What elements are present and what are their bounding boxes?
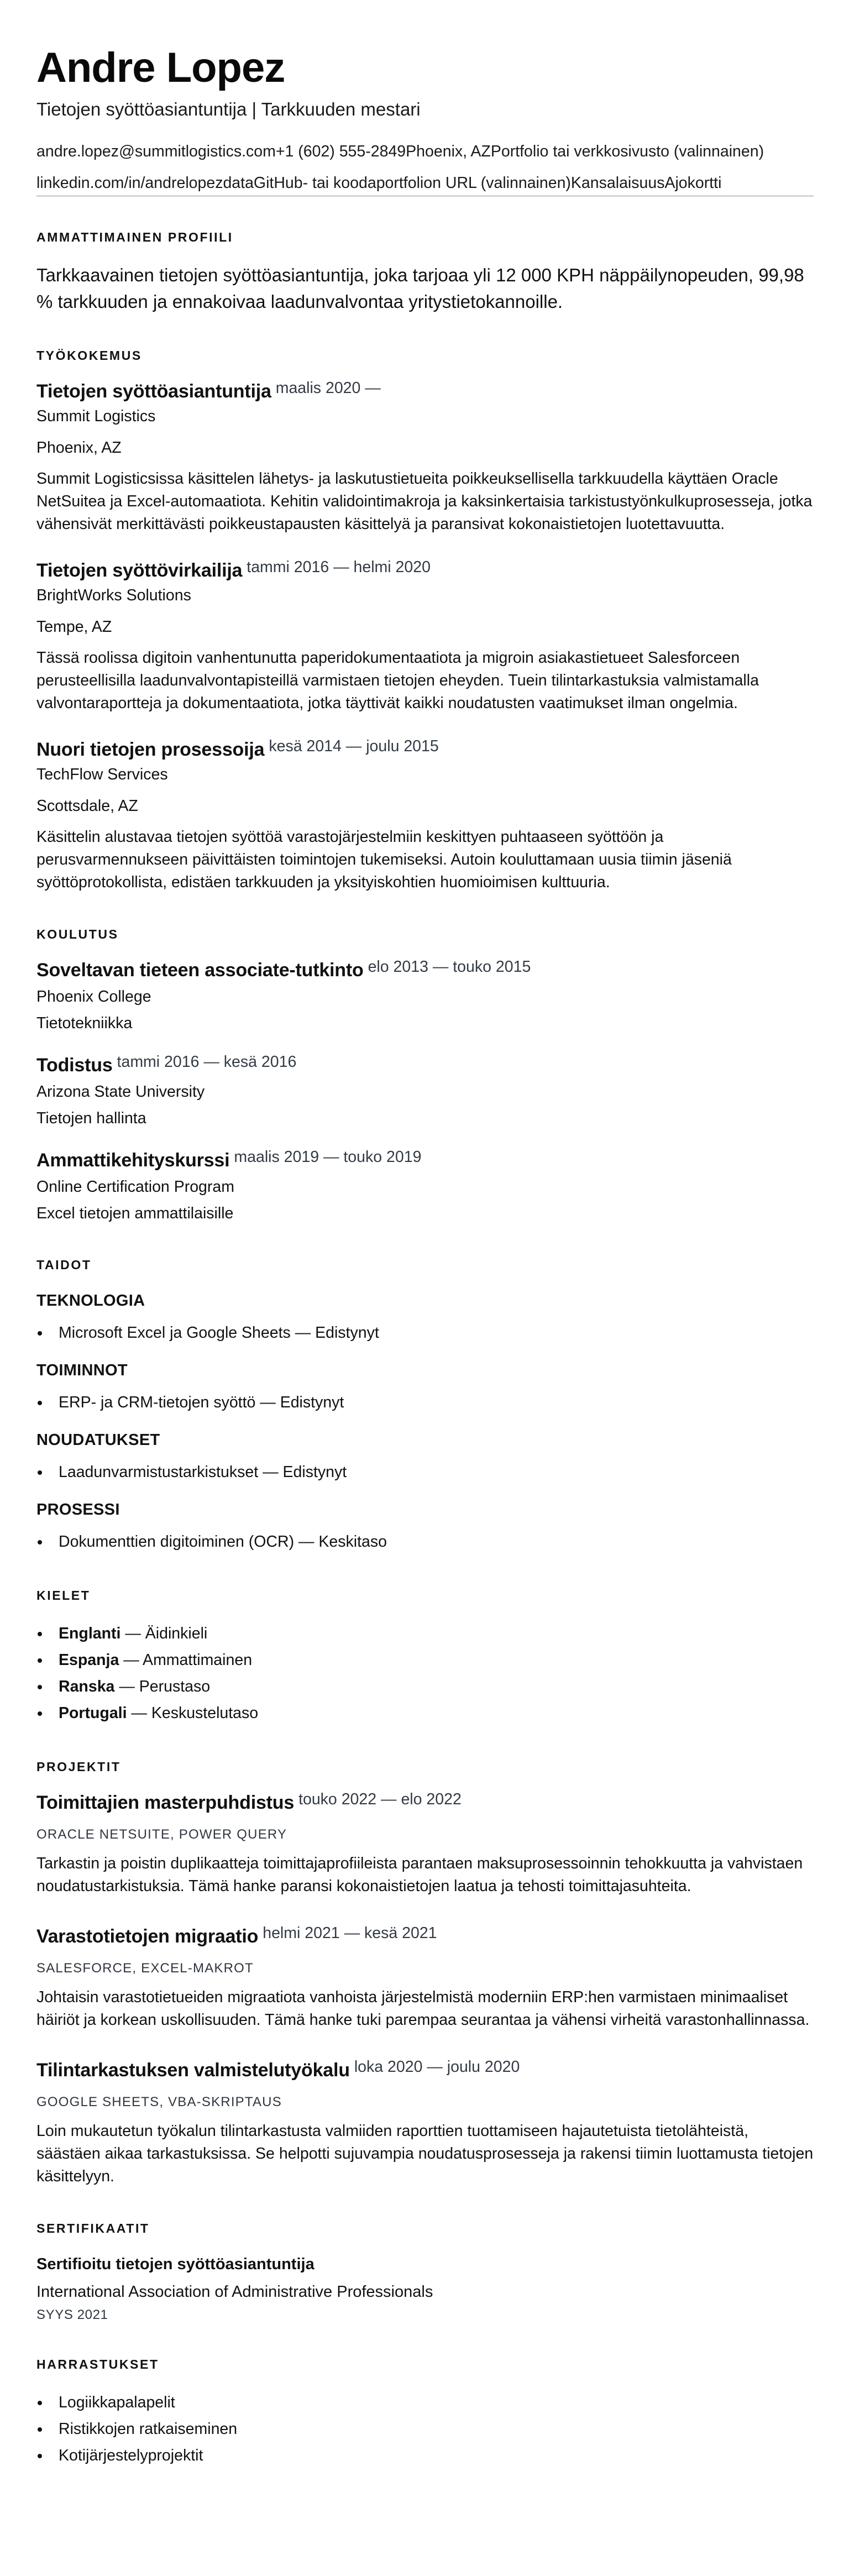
- degree-title: Todistus: [36, 1054, 113, 1076]
- contact-row-secondary: linkedin.com/in/andrelopezdataGitHub- ta…: [36, 172, 814, 194]
- skill-item: Microsoft Excel ja Google Sheets — Edist…: [36, 1320, 814, 1346]
- skill-group-title: NOUDATUKSET: [36, 1429, 814, 1451]
- project-technologies: Oracle NetSuite, Power Query: [36, 1826, 814, 1844]
- skill-group-title: TEKNOLOGIA: [36, 1290, 814, 1312]
- project-description: Tarkastin ja poistin duplikaatteja toimi…: [36, 1852, 814, 1898]
- projects-list: Toimittajien masterpuhdistustouko 2022 —…: [36, 1792, 814, 2188]
- contact-portfolio[interactable]: Portfolio tai verkkosivusto (valinnainen…: [491, 143, 764, 160]
- project-entry-header: Toimittajien masterpuhdistustouko 2022 —…: [36, 1792, 814, 1814]
- language-name: Englanti: [59, 1625, 120, 1642]
- skill-group: TEKNOLOGIAMicrosoft Excel ja Google Shee…: [36, 1290, 814, 1346]
- section-heading-languages: Kielet: [36, 1587, 814, 1604]
- contact-location: Phoenix, AZ: [406, 143, 491, 160]
- project-title: Toimittajien masterpuhdistus: [36, 1792, 294, 1814]
- project-technologies: Salesforce, Excel-makrot: [36, 1960, 814, 1977]
- language-level: — Ammattimainen: [119, 1651, 252, 1669]
- degree-title: Soveltavan tieteen associate-tutkinto: [36, 959, 364, 981]
- skill-group: PROSESSIDokumenttien digitoiminen (OCR) …: [36, 1499, 814, 1555]
- job-dates: maalis 2020 —: [276, 377, 381, 399]
- section-profile: Ammattimainen profiili Tarkkaavainen tie…: [36, 229, 814, 315]
- skill-list: Laadunvarmistustarkistukset — Edistynyt: [36, 1459, 814, 1485]
- language-name: Espanja: [59, 1651, 119, 1669]
- education-entry-header: Todistustammi 2016 — kesä 2016: [36, 1054, 814, 1076]
- contact-github[interactable]: GitHub- tai koodaportfolion URL (valinna…: [254, 174, 571, 192]
- contact-row-primary: andre.lopez@summitlogistics.com+1 (602) …: [36, 140, 814, 163]
- experience-entry-header: Tietojen syöttövirkailijatammi 2016 — he…: [36, 559, 814, 582]
- section-heading-experience: Työkokemus: [36, 347, 814, 364]
- job-dates: tammi 2016 — helmi 2020: [247, 556, 431, 578]
- resume-header: Andre Lopez Tietojen syöttöasiantuntija …: [36, 43, 814, 197]
- section-projects: Projektit Toimittajien masterpuhdistusto…: [36, 1758, 814, 2188]
- skill-group: NOUDATUKSETLaadunvarmistustarkistukset —…: [36, 1429, 814, 1485]
- job-description: Tässä roolissa digitoin vanhentunutta pa…: [36, 647, 814, 715]
- contact-email[interactable]: andre.lopez@summitlogistics.com: [36, 143, 276, 160]
- project-entry-header: Tilintarkastuksen valmistelutyökaluloka …: [36, 2059, 814, 2081]
- languages-list: Englanti — ÄidinkieliEspanja — Ammattima…: [36, 1620, 814, 1726]
- job-title: Tietojen syöttövirkailija: [36, 559, 242, 582]
- experience-entry-header: Tietojen syöttöasiantuntijamaalis 2020 —: [36, 380, 814, 402]
- experience-entry: Tietojen syöttövirkailijatammi 2016 — he…: [36, 559, 814, 715]
- section-heading-projects: Projektit: [36, 1758, 814, 1775]
- project-description: Loin mukautetun työkalun tilintarkastust…: [36, 2120, 814, 2188]
- project-entry: Varastotietojen migraatiohelmi 2021 — ke…: [36, 1925, 814, 2032]
- project-title: Tilintarkastuksen valmistelutyökalu: [36, 2059, 350, 2081]
- certification-issuer: International Association of Administrat…: [36, 2281, 814, 2303]
- company-name: Summit Logistics: [36, 405, 814, 427]
- language-name: Portugali: [59, 1704, 127, 1722]
- profile-summary: Tarkkaavainen tietojen syöttöasiantuntij…: [36, 262, 814, 315]
- language-item: Espanja — Ammattimainen: [36, 1647, 814, 1673]
- school-name: Arizona State University: [36, 1081, 814, 1103]
- section-education: Koulutus Soveltavan tieteen associate-tu…: [36, 926, 814, 1224]
- language-item: Ranska — Perustaso: [36, 1673, 814, 1700]
- education-entry-header: Ammattikehityskurssimaalis 2019 — touko …: [36, 1149, 814, 1171]
- project-dates: loka 2020 — joulu 2020: [354, 2056, 520, 2078]
- contact-phone[interactable]: +1 (602) 555-2849: [276, 143, 406, 160]
- education-list: Soveltavan tieteen associate-tutkintoelo…: [36, 959, 814, 1224]
- skill-list: Dokumenttien digitoiminen (OCR) — Keskit…: [36, 1528, 814, 1555]
- project-description: Johtaisin varastotietueiden migraatiota …: [36, 1986, 814, 2032]
- company-name: TechFlow Services: [36, 763, 814, 786]
- education-dates: tammi 2016 — kesä 2016: [117, 1051, 297, 1073]
- interest-item: Ristikkojen ratkaiseminen: [36, 2416, 814, 2442]
- section-certifications: Sertifikaatit Sertifioitu tietojen syött…: [36, 2220, 814, 2324]
- section-experience: Työkokemus Tietojen syöttöasiantuntijama…: [36, 347, 814, 894]
- skill-list: ERP- ja CRM-tietojen syöttö — Edistynyt: [36, 1389, 814, 1416]
- job-description: Käsittelin alustavaa tietojen syöttöä va…: [36, 826, 814, 894]
- language-name: Ranska: [59, 1678, 114, 1695]
- job-location: Tempe, AZ: [36, 616, 814, 638]
- project-entry-header: Varastotietojen migraatiohelmi 2021 — ke…: [36, 1925, 814, 1947]
- education-entry: Ammattikehityskurssimaalis 2019 — touko …: [36, 1149, 814, 1224]
- skill-group: TOIMINNOTERP- ja CRM-tietojen syöttö — E…: [36, 1359, 814, 1416]
- language-level: — Keskustelutaso: [127, 1704, 259, 1722]
- section-interests: Harrastukset LogiikkapalapelitRistikkoje…: [36, 2356, 814, 2469]
- project-dates: touko 2022 — elo 2022: [298, 1788, 462, 1810]
- experience-entry-header: Nuori tietojen prosessoijakesä 2014 — jo…: [36, 739, 814, 761]
- school-name: Online Certification Program: [36, 1176, 814, 1198]
- section-skills: Taidot TEKNOLOGIAMicrosoft Excel ja Goog…: [36, 1256, 814, 1555]
- education-entry-header: Soveltavan tieteen associate-tutkintoelo…: [36, 959, 814, 981]
- experience-entry: Nuori tietojen prosessoijakesä 2014 — jo…: [36, 739, 814, 894]
- language-item: Portugali — Keskustelutaso: [36, 1700, 814, 1726]
- language-level: — Perustaso: [114, 1678, 210, 1695]
- header-divider: [36, 195, 814, 197]
- skills-list: TEKNOLOGIAMicrosoft Excel ja Google Shee…: [36, 1290, 814, 1555]
- candidate-tagline: Tietojen syöttöasiantuntija | Tarkkuuden…: [36, 97, 814, 122]
- section-heading-interests: Harrastukset: [36, 2356, 814, 2373]
- experience-entry: Tietojen syöttöasiantuntijamaalis 2020 —…: [36, 380, 814, 536]
- resume-page: Andre Lopez Tietojen syöttöasiantuntija …: [0, 0, 849, 2491]
- job-title: Nuori tietojen prosessoija: [36, 739, 264, 761]
- project-entry: Toimittajien masterpuhdistustouko 2022 —…: [36, 1792, 814, 1898]
- certification-title: Sertifioitu tietojen syöttöasiantuntija: [36, 2253, 814, 2275]
- field-of-study: Tietojen hallinta: [36, 1107, 814, 1129]
- section-languages: Kielet Englanti — ÄidinkieliEspanja — Am…: [36, 1587, 814, 1726]
- contact-citizenship: Kansalaisuus: [571, 174, 665, 192]
- education-dates: elo 2013 — touko 2015: [368, 956, 531, 978]
- education-entry: Soveltavan tieteen associate-tutkintoelo…: [36, 959, 814, 1034]
- section-heading-education: Koulutus: [36, 926, 814, 943]
- project-entry: Tilintarkastuksen valmistelutyökaluloka …: [36, 2059, 814, 2188]
- job-dates: kesä 2014 — joulu 2015: [269, 735, 438, 757]
- section-heading-profile: Ammattimainen profiili: [36, 229, 814, 245]
- skill-group-title: TOIMINNOT: [36, 1359, 814, 1381]
- language-item: Englanti — Äidinkieli: [36, 1620, 814, 1647]
- certifications-list: Sertifioitu tietojen syöttöasiantuntijaI…: [36, 2253, 814, 2324]
- school-name: Phoenix College: [36, 986, 814, 1008]
- section-heading-skills: Taidot: [36, 1256, 814, 1273]
- interest-item: Kotijärjestelyprojektit: [36, 2442, 814, 2469]
- skill-list: Microsoft Excel ja Google Sheets — Edist…: [36, 1320, 814, 1346]
- candidate-name: Andre Lopez: [36, 43, 814, 93]
- job-location: Scottsdale, AZ: [36, 795, 814, 817]
- skill-group-title: PROSESSI: [36, 1499, 814, 1521]
- experience-list: Tietojen syöttöasiantuntijamaalis 2020 —…: [36, 380, 814, 894]
- field-of-study: Tietotekniikka: [36, 1012, 814, 1034]
- education-dates: maalis 2019 — touko 2019: [234, 1146, 421, 1168]
- interests-list: LogiikkapalapelitRistikkojen ratkaisemin…: [36, 2389, 814, 2469]
- job-description: Summit Logisticsissa käsittelen lähetys-…: [36, 468, 814, 536]
- project-title: Varastotietojen migraatio: [36, 1925, 258, 1947]
- interest-item: Logiikkapalapelit: [36, 2389, 814, 2416]
- skill-item: Laadunvarmistustarkistukset — Edistynyt: [36, 1459, 814, 1485]
- skill-item: Dokumenttien digitoiminen (OCR) — Keskit…: [36, 1528, 814, 1555]
- degree-title: Ammattikehityskurssi: [36, 1149, 229, 1171]
- job-location: Phoenix, AZ: [36, 437, 814, 459]
- education-entry: Todistustammi 2016 — kesä 2016Arizona St…: [36, 1054, 814, 1129]
- language-level: — Äidinkieli: [120, 1625, 207, 1642]
- contact-info: andre.lopez@summitlogistics.com+1 (602) …: [36, 140, 814, 194]
- project-technologies: Google Sheets, VBA-skriptaus: [36, 2093, 814, 2111]
- contact-linkedin[interactable]: linkedin.com/in/andrelopezdata: [36, 174, 254, 192]
- project-dates: helmi 2021 — kesä 2021: [263, 1922, 437, 1944]
- skill-item: ERP- ja CRM-tietojen syöttö — Edistynyt: [36, 1389, 814, 1416]
- field-of-study: Excel tietojen ammattilaisille: [36, 1202, 814, 1224]
- company-name: BrightWorks Solutions: [36, 584, 814, 606]
- job-title: Tietojen syöttöasiantuntija: [36, 380, 271, 402]
- certification-entry: Sertifioitu tietojen syöttöasiantuntijaI…: [36, 2253, 814, 2324]
- section-heading-certifications: Sertifikaatit: [36, 2220, 814, 2237]
- certification-date: SYYS 2021: [36, 2306, 814, 2324]
- contact-drivers-license: Ajokortti: [664, 174, 721, 192]
